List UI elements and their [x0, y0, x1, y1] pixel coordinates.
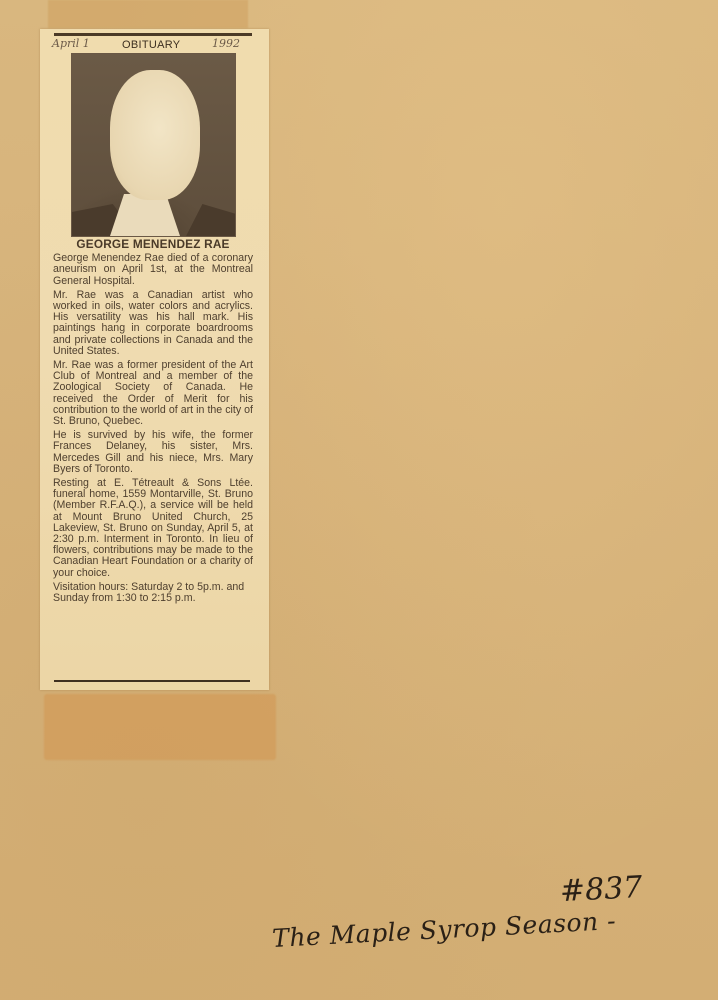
photo-face	[110, 70, 200, 200]
header-rule	[54, 33, 252, 36]
footer-rule	[54, 680, 250, 682]
obituary-paragraph: Visitation hours: Saturday 2 to 5p.m. an…	[53, 582, 253, 604]
clipping-header: April 1 OBITUARY 1992	[50, 37, 255, 53]
obituary-paragraph: Mr. Rae was a Canadian artist who worked…	[53, 290, 253, 357]
handwritten-year: 1992	[212, 37, 240, 50]
obituary-clipping: April 1 OBITUARY 1992 GEORGE MENENDEZ RA…	[40, 29, 269, 690]
photo-collar	[110, 194, 180, 236]
obituary-body: GEORGE MENENDEZ RAE George Menendez Rae …	[53, 239, 253, 607]
obituary-paragraph: Mr. Rae was a former president of the Ar…	[53, 360, 253, 427]
portrait-photo	[71, 53, 236, 237]
obituary-name: GEORGE MENENDEZ RAE	[53, 239, 253, 250]
section-title: OBITUARY	[122, 39, 180, 51]
obituary-paragraph: He is survived by his wife, the former F…	[53, 430, 253, 475]
obituary-paragraph: George Menendez Rae died of a coronary a…	[53, 253, 253, 287]
handwritten-date: April 1	[52, 37, 90, 50]
handwritten-item-number: #837	[559, 870, 643, 909]
tape-strip-top	[48, 0, 248, 28]
obituary-paragraph: Resting at E. Tétreault & Sons Ltée. fun…	[53, 478, 253, 579]
handwritten-artwork-title: The Maple Syrop Season -	[271, 906, 616, 953]
tape-strip-bottom	[44, 694, 276, 760]
